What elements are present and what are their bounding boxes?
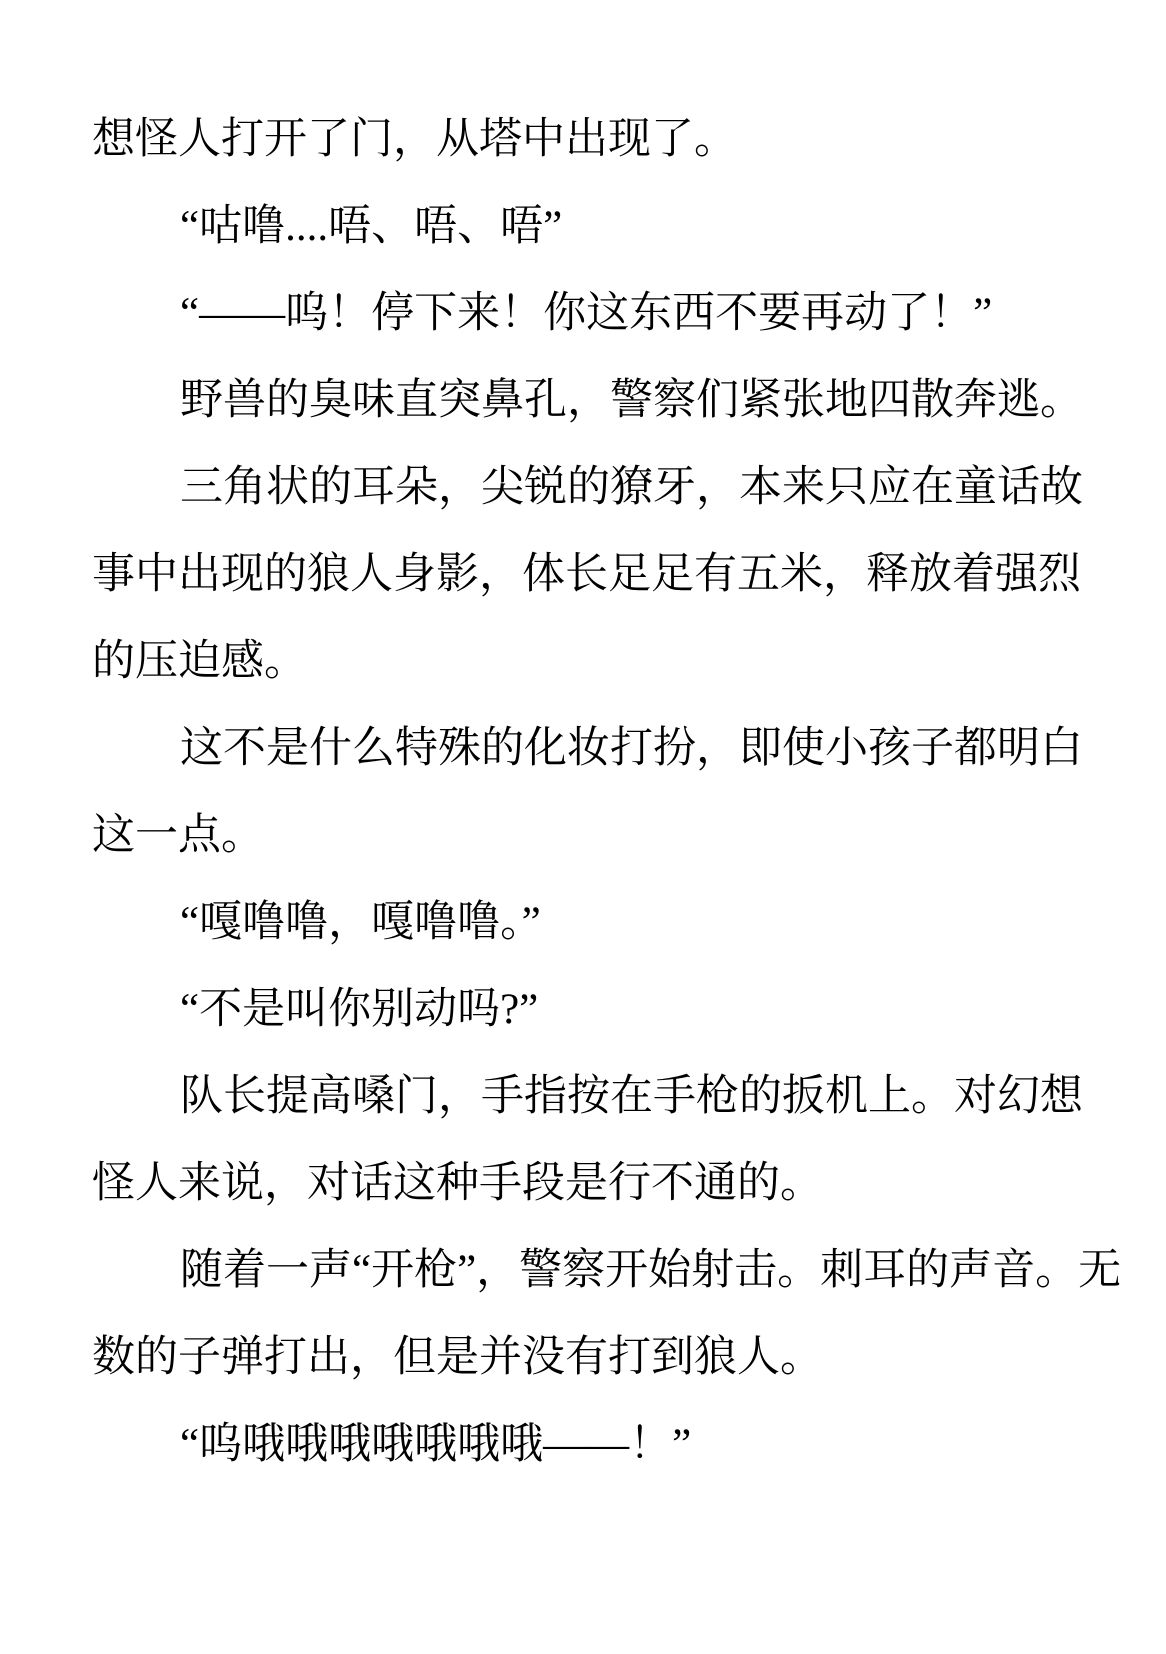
text-line: 的压迫感。: [92, 618, 1070, 705]
text-line: “——呜！停下来！你这东西不要再动了！”: [92, 270, 1070, 357]
text-line: “咕噜....唔、唔、唔”: [92, 183, 1070, 270]
text-line: 队长提高嗓门，手指按在手枪的扳机上。对幻想: [92, 1053, 1070, 1140]
text-line: “呜哦哦哦哦哦哦哦——！”: [92, 1401, 1070, 1488]
text-line: 这一点。: [92, 792, 1070, 879]
text-line: 这不是什么特殊的化妆打扮，即使小孩子都明白: [92, 705, 1070, 792]
text-line: 随着一声“开枪”，警察开始射击。刺耳的声音。无: [92, 1227, 1070, 1314]
text-line: 想怪人打开了门，从塔中出现了。: [92, 96, 1070, 183]
text-line: 怪人来说，对话这种手段是行不通的。: [92, 1140, 1070, 1227]
text-line: 野兽的臭味直突鼻孔，警察们紧张地四散奔逃。: [92, 357, 1070, 444]
text-line: 事中出现的狼人身影，体长足足有五米，释放着强烈: [92, 531, 1070, 618]
text-line: “不是叫你别动吗?”: [92, 966, 1070, 1053]
text-line: 数的子弹打出，但是并没有打到狼人。: [92, 1314, 1070, 1401]
document-page: 想怪人打开了门，从塔中出现了。 “咕噜....唔、唔、唔” “——呜！停下来！你…: [0, 0, 1166, 1654]
text-line: 三角状的耳朵，尖锐的獠牙，本来只应在童话故: [92, 444, 1070, 531]
text-line: “嘎噜噜，嘎噜噜。”: [92, 879, 1070, 966]
